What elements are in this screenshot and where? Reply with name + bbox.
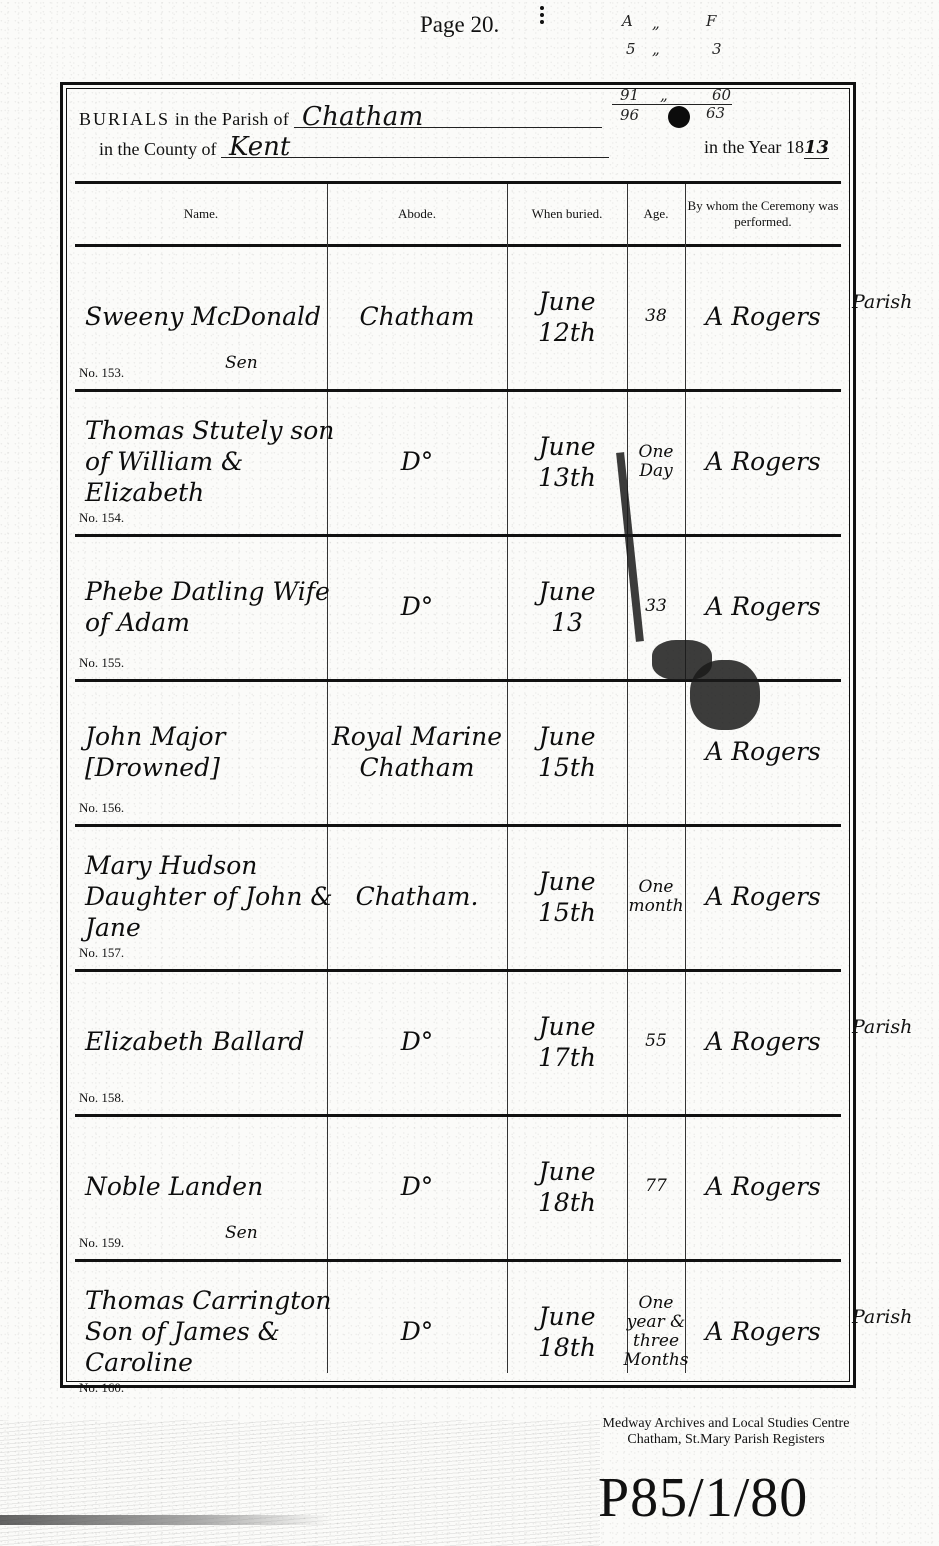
entry-number: No. 153. — [79, 365, 124, 381]
page-number: Page 20. — [420, 12, 499, 38]
entry-abode-cell: D° — [327, 1114, 507, 1259]
entry-number: No. 158. — [79, 1090, 124, 1106]
entry-day: 18th — [538, 1332, 596, 1363]
entry-name: Noble Landen — [85, 1171, 263, 1202]
entry-age-cell — [627, 679, 685, 824]
column-header-age: Age. — [627, 184, 685, 244]
entry-name-cell: Mary Hudson Daughter of John & JaneNo. 1… — [75, 824, 337, 969]
entry-abode-cell: Chatham — [327, 244, 507, 389]
entry-abode-cell: D° — [327, 389, 507, 534]
entry-month: June — [538, 286, 595, 317]
entry-age: One month — [627, 878, 685, 916]
entry-month: June — [538, 576, 595, 607]
entry-officiant: A Rogers — [705, 1171, 820, 1202]
entry-abode: Chatham. — [356, 881, 479, 912]
entry-name-cell: John Major [Drowned]No. 156. — [75, 679, 337, 824]
entry-officiant: A Rogers — [705, 881, 820, 912]
entry-when-buried-cell: June18th — [507, 1259, 627, 1404]
entry-number: No. 155. — [79, 655, 124, 671]
entry-abode: D° — [401, 591, 434, 622]
entry-officiant-cell: A Rogers — [685, 389, 841, 534]
entry-month: June — [538, 721, 595, 752]
entry-month: June — [538, 866, 595, 897]
entry-abode-cell: D° — [327, 1259, 507, 1404]
burials-table: Name. Abode. When buried. Age. By whom t… — [75, 181, 841, 1373]
county-field: Kent — [221, 137, 609, 158]
entry-officiant-cell: A Rogers — [685, 1259, 841, 1404]
column-header-abode: Abode. — [327, 184, 507, 244]
entry-officiant: A Rogers — [705, 591, 820, 622]
entry-when-buried-cell: June18th — [507, 1114, 627, 1259]
entry-abode: D° — [401, 1026, 434, 1057]
table-row: Thomas Carrington Son of James & Carolin… — [75, 1259, 841, 1404]
entry-number: No. 159. — [79, 1235, 124, 1251]
binding-holes — [540, 6, 544, 27]
entry-number: No. 154. — [79, 510, 124, 526]
entry-officiant: A Rogers — [705, 446, 820, 477]
entry-when-buried-cell: June13 — [507, 534, 627, 679]
entry-name: Mary Hudson Daughter of John & Jane — [85, 850, 337, 943]
burial-register-form: BURIALS in the Parish of Chatham in the … — [60, 82, 856, 1388]
entry-name: Thomas Carrington Son of James & Carolin… — [85, 1285, 337, 1378]
table-row: Mary Hudson Daughter of John & JaneNo. 1… — [75, 824, 841, 972]
entry-officiant-cell: A Rogers — [685, 969, 841, 1114]
entry-when-buried-cell: June15th — [507, 679, 627, 824]
scan-artifact — [0, 1515, 330, 1525]
entry-note: Sen — [225, 354, 258, 373]
entry-name-cell: Sweeny McDonaldSenNo. 153. — [75, 244, 337, 389]
entry-day: 12th — [538, 317, 596, 348]
entry-officiant: A Rogers — [705, 1026, 820, 1057]
margin-note: Parish — [852, 1016, 912, 1038]
entry-day: 18th — [538, 1187, 596, 1218]
table-row: Thomas Stutely son of William & Elizabet… — [75, 389, 841, 537]
column-header-by-whom: By whom the Ceremony was performed. — [685, 184, 841, 244]
entry-age: 33 — [645, 597, 667, 616]
entry-month: June — [538, 431, 595, 462]
entry-number: No. 156. — [79, 800, 124, 816]
entry-name: Thomas Stutely son of William & Elizabet… — [85, 415, 337, 508]
ink-stain — [690, 660, 760, 730]
entry-name: Elizabeth Ballard — [85, 1026, 304, 1057]
entry-officiant-cell: A Rogers — [685, 244, 841, 389]
entry-when-buried-cell: June13th — [507, 389, 627, 534]
entry-note: Sen — [225, 1224, 258, 1243]
entry-abode-cell: Chatham. — [327, 824, 507, 969]
entry-age-cell: One month — [627, 824, 685, 969]
entry-day: 15th — [538, 897, 596, 928]
margin-note: Parish — [852, 291, 912, 313]
entry-day: 15th — [538, 752, 596, 783]
entry-abode-cell: D° — [327, 969, 507, 1114]
entry-age-cell: 38 — [627, 244, 685, 389]
entry-age: One year & three Months — [623, 1294, 688, 1370]
entry-month: June — [538, 1156, 595, 1187]
archive-reference: P85/1/80 — [598, 1466, 808, 1530]
entry-abode-cell: Royal Marine Chatham — [327, 679, 507, 824]
margin-note: Parish — [852, 1306, 912, 1328]
entry-officiant: A Rogers — [705, 736, 820, 767]
entry-age: One Day — [627, 443, 685, 481]
entry-abode: Royal Marine Chatham — [327, 721, 507, 783]
entry-age-cell: 77 — [627, 1114, 685, 1259]
entry-age-cell: One Day — [627, 389, 685, 534]
entry-when-buried-cell: June17th — [507, 969, 627, 1114]
entry-age-cell: One year & three Months — [627, 1259, 685, 1404]
entry-age: 77 — [645, 1177, 667, 1196]
scan-artifact — [0, 1420, 600, 1546]
entry-name-cell: Elizabeth BallardNo. 158. — [75, 969, 337, 1114]
entry-age: 38 — [645, 307, 667, 326]
entry-abode: Chatham — [360, 301, 475, 332]
column-header-name: Name. — [75, 184, 327, 244]
register-title: BURIALS — [79, 109, 170, 129]
year-field: in the Year 1813 — [704, 137, 829, 158]
entry-when-buried-cell: June12th — [507, 244, 627, 389]
table-row: Noble LandenSenNo. 159.D°June18th77A Rog… — [75, 1114, 841, 1262]
entry-month: June — [538, 1301, 595, 1332]
entry-name: John Major [Drowned] — [85, 721, 337, 783]
entry-abode: D° — [401, 1316, 434, 1347]
entry-abode-cell: D° — [327, 534, 507, 679]
entry-officiant-cell: A Rogers — [685, 1114, 841, 1259]
entry-officiant-cell: A Rogers — [685, 824, 841, 969]
column-header-when-buried: When buried. — [507, 184, 627, 244]
archive-credit: Medway Archives and Local Studies Centre… — [586, 1416, 866, 1448]
entry-name: Phebe Datling Wife of Adam — [85, 576, 337, 638]
entry-number: No. 160. — [79, 1380, 124, 1396]
entry-day: 17th — [538, 1042, 596, 1073]
table-header: Name. Abode. When buried. Age. By whom t… — [75, 181, 841, 247]
entry-officiant: A Rogers — [705, 1316, 820, 1347]
entry-month: June — [538, 1011, 595, 1042]
table-row: Elizabeth BallardNo. 158.D°June17th55A R… — [75, 969, 841, 1117]
table-body: Sweeny McDonaldSenNo. 153.ChathamJune12t… — [75, 244, 841, 1373]
entry-when-buried-cell: June15th — [507, 824, 627, 969]
entry-name: Sweeny McDonald — [85, 301, 321, 332]
entry-day: 13 — [551, 607, 583, 638]
entry-age-cell: 55 — [627, 969, 685, 1114]
entry-name-cell: Phebe Datling Wife of AdamNo. 155. — [75, 534, 337, 679]
entry-officiant: A Rogers — [705, 301, 820, 332]
entry-number: No. 157. — [79, 945, 124, 961]
entry-name-cell: Thomas Carrington Son of James & Carolin… — [75, 1259, 337, 1404]
entry-name-cell: Thomas Stutely son of William & Elizabet… — [75, 389, 337, 534]
parish-field: Chatham — [294, 107, 602, 128]
entry-abode: D° — [401, 446, 434, 477]
table-row: Sweeny McDonaldSenNo. 153.ChathamJune12t… — [75, 244, 841, 392]
entry-name-cell: Noble LandenSenNo. 159. — [75, 1114, 337, 1259]
entry-day: 13th — [538, 462, 596, 493]
entry-age: 55 — [645, 1032, 667, 1051]
register-header: BURIALS in the Parish of Chatham in the … — [79, 103, 837, 175]
entry-abode: D° — [401, 1171, 434, 1202]
